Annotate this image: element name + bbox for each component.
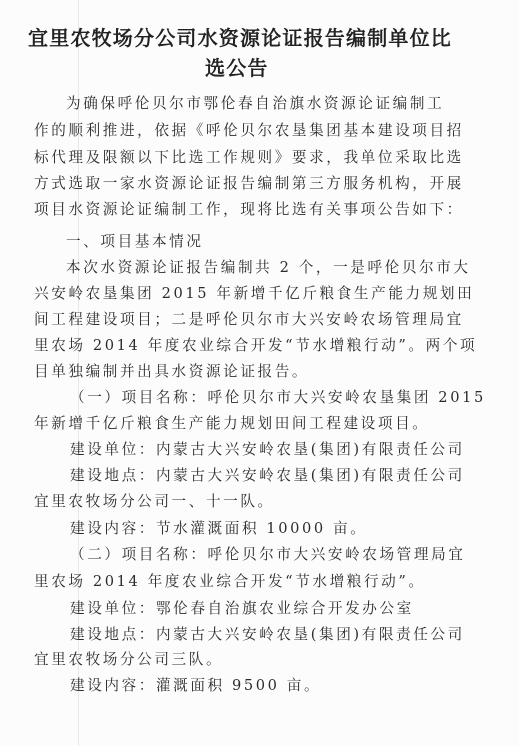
project-1-builder: 建设单位：内蒙古大兴安岭农垦(集团)有限责任公司 — [70, 438, 465, 459]
intro-paragraph-line: 为确保呼伦贝尔市鄂伦春自治旗水资源论证编制工 — [66, 92, 444, 113]
intro-paragraph-line: 项目水资源论证编制工作，现将比选有关事项公告如下： — [34, 198, 464, 219]
project-1-name-cont: 年新增千亿斤粮食生产能力规划田间工程建设项目。 — [34, 412, 429, 433]
project-1-location: 建设地点：内蒙古大兴安岭农垦(集团)有限责任公司 — [70, 464, 465, 485]
overview-paragraph-line: 兴安岭农垦集团 2015 年新增千亿斤粮食生产能力规划田 — [34, 282, 474, 303]
project-2-location: 建设地点：内蒙古大兴安岭农垦(集团)有限责任公司 — [70, 623, 465, 644]
overview-paragraph-line: 本次水资源论证报告编制共 2 个，一是呼伦贝尔市大 — [66, 256, 471, 277]
overview-paragraph-line: 里农场 2014 年度农业综合开发“节水增粮行动”。两个项 — [34, 334, 477, 355]
section-heading-basic-info: 一、项目基本情况 — [66, 230, 204, 251]
document-title-line-1: 宜里农牧场分公司水资源论证报告编制单位比 — [28, 22, 468, 51]
project-1-name: （一）项目名称：呼伦贝尔市大兴安岭农垦集团 2015 — [70, 386, 486, 407]
project-1-location-cont: 宜里农牧场分公司一、十一队。 — [34, 490, 275, 511]
document-title-line-2: 选公告 — [205, 52, 519, 81]
intro-paragraph-line: 标代理及限额以下比选工作规则》要求，我单位采取比选 — [34, 146, 464, 167]
project-2-builder: 建设单位：鄂伦春自治旗农业综合开发办公室 — [70, 597, 414, 618]
intro-paragraph-line: 方式选取一家水资源论证报告编制第三方服务机构，开展 — [34, 172, 464, 193]
document-page: 宜里农牧场分公司水资源论证报告编制单位比 选公告 为确保呼伦贝尔市鄂伦春自治旗水… — [0, 0, 519, 746]
project-2-location-cont: 宜里农牧场分公司三队。 — [34, 648, 223, 669]
intro-paragraph-line: 作的顺利推进，依据《呼伦贝尔农垦集团基本建设项目招 — [34, 119, 464, 140]
project-2-name: （二）项目名称：呼伦贝尔市大兴安岭农场管理局宜 — [70, 543, 465, 564]
overview-paragraph-line: 间工程建设项目；二是呼伦贝尔市大兴安岭农场管理局宜 — [34, 308, 464, 329]
project-2-content: 建设内容：灌溉面积 9500 亩。 — [70, 674, 321, 695]
overview-paragraph-line: 目单独编制并出具水资源论证报告。 — [34, 360, 309, 381]
project-2-name-cont: 里农场 2014 年度农业综合开发“节水增粮行动”。 — [34, 570, 426, 591]
project-1-content: 建设内容：节水灌溉面积 10000 亩。 — [70, 517, 367, 538]
